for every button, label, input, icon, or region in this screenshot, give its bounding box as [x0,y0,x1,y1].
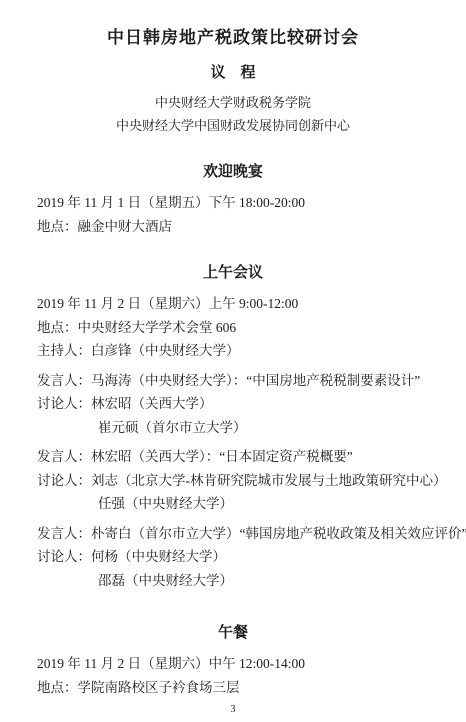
discussant-continuation-line: 崔元硕（首尔市立大学） [37,416,429,440]
organizer-line: 中央财经大学中国财政发展协同创新中心 [37,114,429,137]
discussant-line: 讨论人：林宏昭（关西大学） [37,392,429,416]
date-line: 2019 年 11 月 1 日（星期五）下午 18:00-20:00 [37,191,429,215]
section-morning-session: 上午会议 2019 年 11 月 2 日（星期六）上午 9:00-12:00 地… [37,265,429,592]
date-line: 2019 年 11 月 2 日（星期六）上午 9:00-12:00 [37,292,429,316]
talk-block: 发言人：朴寄白（首尔市立大学）“韩国房地产税收政策及相关效应评价” 讨论人：何杨… [37,522,429,593]
section-welcome-dinner: 欢迎晚宴 2019 年 11 月 1 日（星期五）下午 18:00-20:00 … [37,164,429,238]
document-content: 中日韩房地产税政策比较研讨会 议 程 中央财经大学财政税务学院 中央财经大学中国… [0,0,466,699]
page-number: 3 [0,704,466,715]
date-line: 2019 年 11 月 2 日（星期六）中午 12:00-14:00 [37,652,429,676]
discussant-continuation-line: 任强（中央财经大学） [37,492,429,516]
discussant-line: 讨论人：何杨（中央财经大学） [37,545,429,569]
talk-block: 发言人：马海涛（中央财经大学）：“中国房地产税税制要素设计” 讨论人：林宏昭（关… [37,369,429,440]
talk-block: 发言人：林宏昭（关西大学）：“日本固定资产税概要” 讨论人：刘志（北京大学-林肯… [37,445,429,516]
venue-line: 地点：中央财经大学学术会堂 606 [37,316,429,340]
organizer-line: 中央财经大学财政税务学院 [37,91,429,114]
venue-line: 地点：学院南路校区子衿食场三层 [37,676,429,700]
moderator-line: 主持人：白彦锋（中央财经大学） [37,339,429,363]
organizer-block: 中央财经大学财政税务学院 中央财经大学中国财政发展协同创新中心 [37,91,429,137]
speaker-line: 发言人：林宏昭（关西大学）：“日本固定资产税概要” [37,445,429,469]
section-heading-lunch: 午餐 [37,625,429,641]
section-heading-welcome-dinner: 欢迎晚宴 [37,164,429,180]
section-heading-morning-session: 上午会议 [37,265,429,281]
section-lunch: 午餐 2019 年 11 月 2 日（星期六）中午 12:00-14:00 地点… [37,625,429,699]
discussant-continuation-line: 邵磊（中央财经大学） [37,569,429,593]
page-title: 中日韩房地产税政策比较研讨会 [37,29,429,47]
speaker-line: 发言人：朴寄白（首尔市立大学）“韩国房地产税收政策及相关效应评价” [37,522,429,546]
discussant-line: 讨论人：刘志（北京大学-林肯研究院城市发展与土地政策研究中心） [37,469,429,493]
agenda-subtitle: 议 程 [37,65,429,81]
venue-line: 地点：融金中财大酒店 [37,215,429,239]
speaker-line: 发言人：马海涛（中央财经大学）：“中国房地产税税制要素设计” [37,369,429,393]
document-page: 中日韩房地产税政策比较研讨会 议 程 中央财经大学财政税务学院 中央财经大学中国… [0,0,466,722]
